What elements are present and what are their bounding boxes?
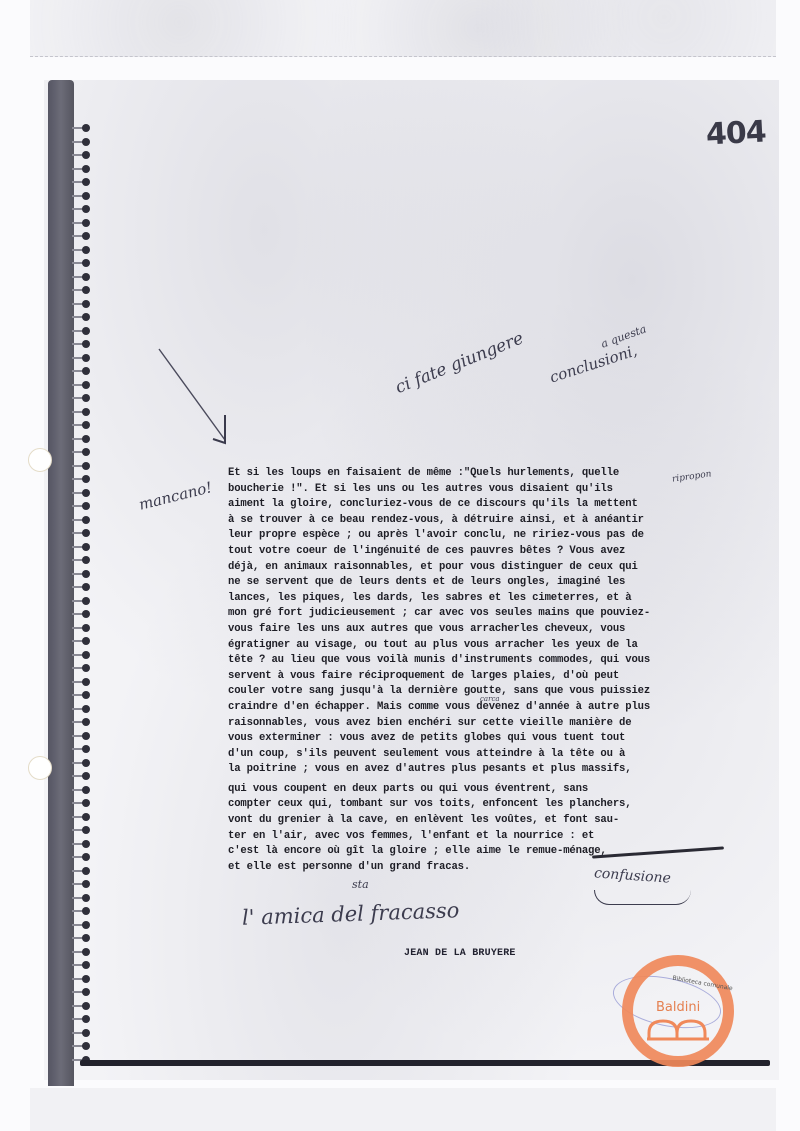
- spiral-ring: [72, 556, 92, 564]
- spiral-ring: [72, 273, 92, 281]
- spiral-ring: [72, 1002, 92, 1010]
- spiral-ring: [72, 624, 92, 632]
- body-line: boucherie !". Et si les uns ou les autre…: [228, 482, 748, 498]
- author-signature: JEAN DE LA BRUYERE: [404, 948, 516, 959]
- spiral-ring: [72, 246, 92, 254]
- stamp-name: Baldini: [656, 1000, 700, 1015]
- spiral-ring: [72, 124, 92, 132]
- spiral-ring: [72, 1015, 92, 1023]
- spiral-ring: [72, 205, 92, 213]
- spiral-ring: [72, 340, 92, 348]
- spiral-ring: [72, 894, 92, 902]
- punch-hole: [28, 448, 52, 472]
- body-line: craindre d'en échapper. Mais comme vous …: [228, 700, 748, 716]
- spiral-ring: [72, 502, 92, 510]
- spiral-ring: [72, 597, 92, 605]
- baldini-bb-logo-icon: [645, 1017, 713, 1041]
- spiral-ring: [72, 367, 92, 375]
- spiral-ring: [72, 462, 92, 470]
- spiral-ring: [72, 745, 92, 753]
- body-line: raisonnables, vous avez bien enchéri sur…: [228, 716, 748, 732]
- spiral-ring: [72, 772, 92, 780]
- handwritten-superscript: sta: [352, 878, 369, 891]
- spiral-ring: [72, 853, 92, 861]
- body-line: vont du grenier à la cave, en enlèvent l…: [228, 813, 748, 829]
- spiral-ring: [72, 759, 92, 767]
- spiral-ring: [72, 705, 92, 713]
- spiral-ring: [72, 354, 92, 362]
- spiral-ring: [72, 867, 92, 875]
- spiral-ring: [72, 259, 92, 267]
- spiral-ring: [72, 1029, 92, 1037]
- spiral-ring: [72, 907, 92, 915]
- spiral-ring: [72, 570, 92, 578]
- spiral-ring: [72, 732, 92, 740]
- spiral-ring: [72, 192, 92, 200]
- spiral-ring: [72, 637, 92, 645]
- body-line: compter ceux qui, tombant sur vos toits,…: [228, 797, 748, 813]
- spiral-ring: [72, 435, 92, 443]
- spiral-ring: [72, 300, 92, 308]
- spiral-ring: [72, 651, 92, 659]
- body-line: déjà, en animaux raisonnables, et pour v…: [228, 560, 748, 576]
- spiral-ring: [72, 408, 92, 416]
- body-line: à se trouver à ce beau rendez-vous, à dé…: [228, 513, 748, 529]
- spiral-ring: [72, 151, 92, 159]
- spiral-ring: [72, 219, 92, 227]
- spiral-ring: [72, 948, 92, 956]
- handwritten-underline: [594, 890, 691, 905]
- body-line: couler votre sang jusqu'à la dernière go…: [228, 684, 748, 700]
- spiral-rings: [72, 124, 94, 1064]
- spiral-ring: [72, 529, 92, 537]
- spiral-ring: [72, 826, 92, 834]
- body-line: vous faire les uns aux autres que vous a…: [228, 622, 748, 638]
- body-line: ne se servent que de leurs dents et de l…: [228, 575, 748, 591]
- spiral-ring: [72, 678, 92, 686]
- typewritten-body: Et si les loups en faisaient de même :"Q…: [228, 466, 748, 875]
- next-page-strip: [30, 1088, 776, 1131]
- spiral-ring: [72, 421, 92, 429]
- spiral-ring: [72, 840, 92, 848]
- spiral-ring: [72, 799, 92, 807]
- body-line: tête ? au lieu que vous voilà munis d'in…: [228, 653, 748, 669]
- page-number: 404: [705, 114, 766, 152]
- spiral-ring: [72, 880, 92, 888]
- spiral-ring: [72, 988, 92, 996]
- body-line: ter en l'air, avec vos femmes, l'enfant …: [228, 829, 748, 845]
- spiral-ring: [72, 543, 92, 551]
- spiral-ring: [72, 975, 92, 983]
- body-line: égratigner au visage, ou tout au plus vo…: [228, 638, 748, 654]
- punch-hole: [28, 756, 52, 780]
- body-line: lances, les piques, les dards, les sabre…: [228, 591, 748, 607]
- spiral-ring: [72, 448, 92, 456]
- spiral-ring: [72, 813, 92, 821]
- spiral-ring: [72, 394, 92, 402]
- spiral-binding-spine: [48, 80, 74, 1086]
- body-line: Et si les loups en faisaient de même :"Q…: [228, 466, 748, 482]
- spiral-ring: [72, 232, 92, 240]
- spiral-ring: [72, 138, 92, 146]
- spiral-ring: [72, 516, 92, 524]
- spiral-ring: [72, 381, 92, 389]
- spiral-ring: [72, 610, 92, 618]
- spiral-ring: [72, 921, 92, 929]
- spiral-ring: [72, 165, 92, 173]
- body-line: servent à vous faire réciproquement de l…: [228, 669, 748, 685]
- body-line: tout votre coeur de l'ingénuité de ces p…: [228, 544, 748, 560]
- spiral-ring: [72, 786, 92, 794]
- body-line: d'un coup, s'ils peuvent seulement vous …: [228, 747, 748, 763]
- spiral-ring: [72, 313, 92, 321]
- spiral-ring: [72, 327, 92, 335]
- body-line: aiment la gloire, concluriez-vous de ce …: [228, 497, 748, 513]
- body-line: la poitrine ; vous en avez d'autres plus…: [228, 762, 748, 778]
- spiral-ring: [72, 961, 92, 969]
- arrow-annotation-icon: [155, 345, 235, 450]
- spiral-ring: [72, 1042, 92, 1050]
- spiral-ring: [72, 691, 92, 699]
- body-line: vous exterminer : vous avez de petits gl…: [228, 731, 748, 747]
- spiral-ring: [72, 286, 92, 294]
- spiral-ring: [72, 664, 92, 672]
- body-line: qui vous coupent en deux parts ou qui vo…: [228, 782, 748, 798]
- body-line: mon gré fort judicieusement ; car avec v…: [228, 606, 748, 622]
- spiral-ring: [72, 934, 92, 942]
- previous-page-strip: [30, 0, 776, 57]
- body-line: leur propre espèce ; ou après l'avoir co…: [228, 528, 748, 544]
- spiral-ring: [72, 583, 92, 591]
- spiral-ring: [72, 718, 92, 726]
- spiral-ring: [72, 178, 92, 186]
- spiral-ring: [72, 475, 92, 483]
- spiral-ring: [72, 489, 92, 497]
